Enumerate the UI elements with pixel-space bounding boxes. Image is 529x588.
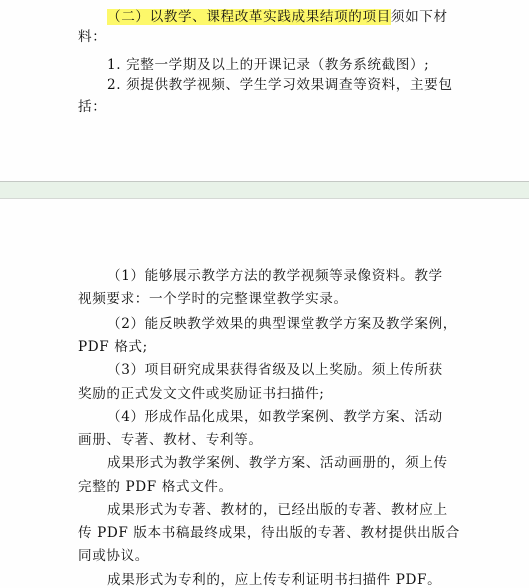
page-separator — [0, 181, 529, 199]
highlighted-text: （二）以教学、课程改革实践成果结项的项目 — [107, 9, 391, 25]
text-line: （4）形成作品化成果，如教学案例、教学方案、活动 — [107, 408, 477, 426]
list-item-2-cont: 括： — [78, 98, 448, 116]
text-line: 成果形式为专著、教材的，已经出版的专著、教材应上 — [107, 501, 477, 519]
text-line: 传 PDF 版本书稿最终成果，待出版的专著、教材提供出版合 — [78, 524, 448, 542]
text-line: 成果形式为专利的，应上传专利证明书扫描件 PDF。 — [107, 571, 477, 588]
text-line: 视频要求：一个学时的完整课堂教学实录。 — [78, 290, 448, 308]
text-line: 成果形式为教学案例、教学方案、活动画册的，须上传 — [107, 454, 477, 472]
text-line: PDF 格式; — [78, 338, 448, 356]
text-line: 同或协议。 — [78, 547, 448, 565]
document-page-2: （1）能够展示教学方法的教学视频等录像资料。教学 视频要求：一个学时的完整课堂教… — [0, 199, 529, 588]
section-heading-cont: 料： — [78, 28, 448, 46]
text-line: 完整的 PDF 格式文件。 — [78, 478, 448, 496]
list-item-2: 2. 须提供教学视频、学生学习效果调查等资料，主要包 — [107, 76, 477, 94]
text-line: （3）项目研究成果获得省级及以上奖励。须上传所获 — [107, 361, 477, 379]
section-heading: （二）以教学、课程改革实践成果结项的项目须如下材 — [107, 8, 477, 26]
text-line: （2）能反映教学效果的典型课堂教学方案及教学案例， — [107, 315, 477, 333]
text-line: （1）能够展示教学方法的教学视频等录像资料。教学 — [107, 267, 477, 285]
text-line: 画册、专著、教材、专利等。 — [78, 431, 448, 449]
list-item-1: 1. 完整一学期及以上的开课记录（教务系统截图）; — [107, 56, 477, 74]
document-page-1: （二）以教学、课程改革实践成果结项的项目须如下材 料： 1. 完整一学期及以上的… — [0, 0, 529, 181]
text-line: 奖励的正式发文文件或奖励证书扫描件; — [78, 385, 448, 403]
heading-rest: 须如下材 — [391, 9, 448, 25]
